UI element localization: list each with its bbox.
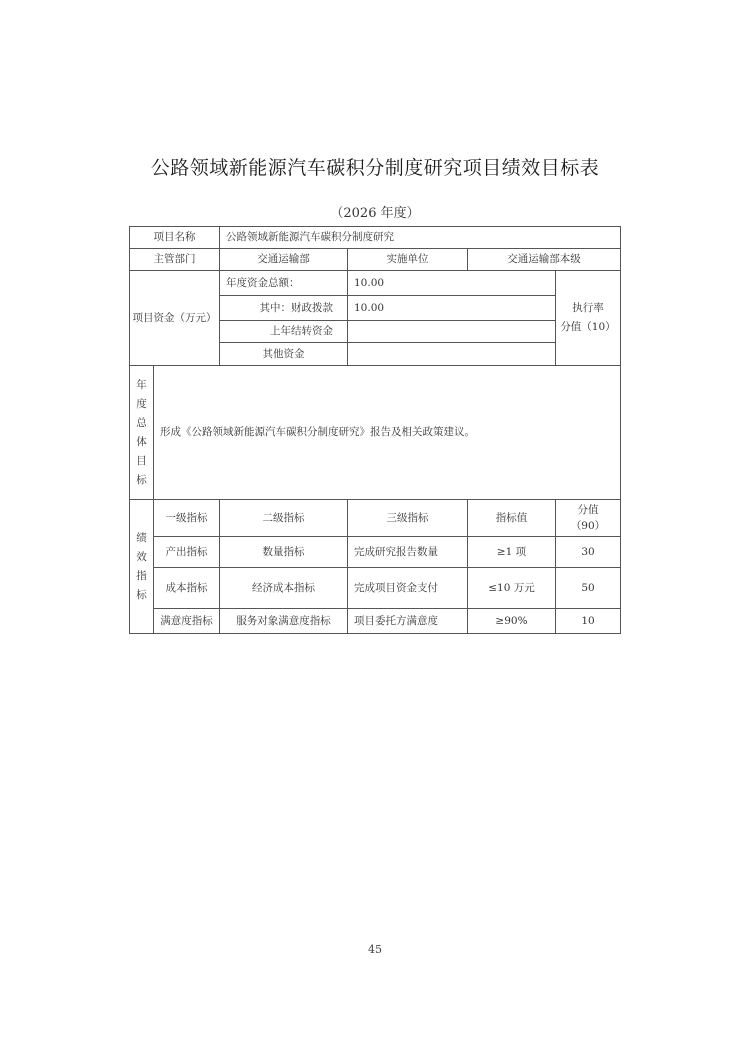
project-name-label: 项目名称 xyxy=(129,226,220,249)
dept-label: 主管部门 xyxy=(129,248,220,271)
dept-value: 交通运输部 xyxy=(219,248,348,271)
document-subtitle: （2026 年度） xyxy=(0,202,750,221)
perf-header-level3: 三级指标 xyxy=(347,499,468,537)
perf-row-value: ≥90% xyxy=(467,608,556,634)
funds-total-value: 10.00 xyxy=(347,270,556,296)
perf-row-level1: 满意度指标 xyxy=(153,608,220,634)
perf-header-level2: 二级指标 xyxy=(219,499,348,537)
perf-row-score: 50 xyxy=(555,567,621,609)
exec-rate-score: 分值（10） xyxy=(560,318,615,337)
document-title: 公路领域新能源汽车碳积分制度研究项目绩效目标表 xyxy=(0,153,750,180)
impl-label: 实施单位 xyxy=(347,248,468,271)
perf-row-level1: 产出指标 xyxy=(153,536,220,568)
perf-row-score: 30 xyxy=(555,536,621,568)
funds-carryover-value xyxy=(347,320,556,343)
perf-row-value: ≤10 万元 xyxy=(467,567,556,609)
funds-fiscal-label: 其中：财政拨款 xyxy=(219,295,348,321)
perf-row-level2: 经济成本指标 xyxy=(219,567,348,609)
annual-goal-label: 年 度 总 体 目 标 xyxy=(129,365,154,500)
exec-rate-label: 执行率 xyxy=(572,299,604,318)
perf-row-level2: 服务对象满意度指标 xyxy=(219,608,348,634)
perf-header-score: 分值 （90） xyxy=(555,499,621,537)
perf-row-level3: 完成项目资金支付 xyxy=(347,567,468,609)
perf-row-level3: 完成研究报告数量 xyxy=(347,536,468,568)
funds-label: 项目资金（万元） xyxy=(129,270,220,366)
project-name-value: 公路领域新能源汽车碳积分制度研究 xyxy=(219,226,621,249)
perf-row-value: ≥1 项 xyxy=(467,536,556,568)
exec-rate-cell: 执行率 分值（10） xyxy=(555,270,621,366)
funds-fiscal-value: 10.00 xyxy=(347,295,556,321)
perf-row-level2: 数量指标 xyxy=(219,536,348,568)
annual-goal-value: 形成《公路领域新能源汽车碳积分制度研究》报告及相关政策建议。 xyxy=(153,365,621,500)
perf-header-level1: 一级指标 xyxy=(153,499,220,537)
page-number: 45 xyxy=(0,943,750,956)
perf-label: 绩 效 指 标 xyxy=(129,499,154,634)
funds-other-label: 其他资金 xyxy=(219,342,348,366)
perf-row-level1: 成本指标 xyxy=(153,567,220,609)
funds-total-label: 年度资金总额： xyxy=(219,270,348,296)
funds-other-value xyxy=(347,342,556,366)
perf-header-value: 指标值 xyxy=(467,499,556,537)
funds-carryover-label: 上年结转资金 xyxy=(219,320,348,343)
impl-value: 交通运输部本级 xyxy=(467,248,621,271)
perf-row-level3: 项目委托方满意度 xyxy=(347,608,468,634)
perf-row-score: 10 xyxy=(555,608,621,634)
